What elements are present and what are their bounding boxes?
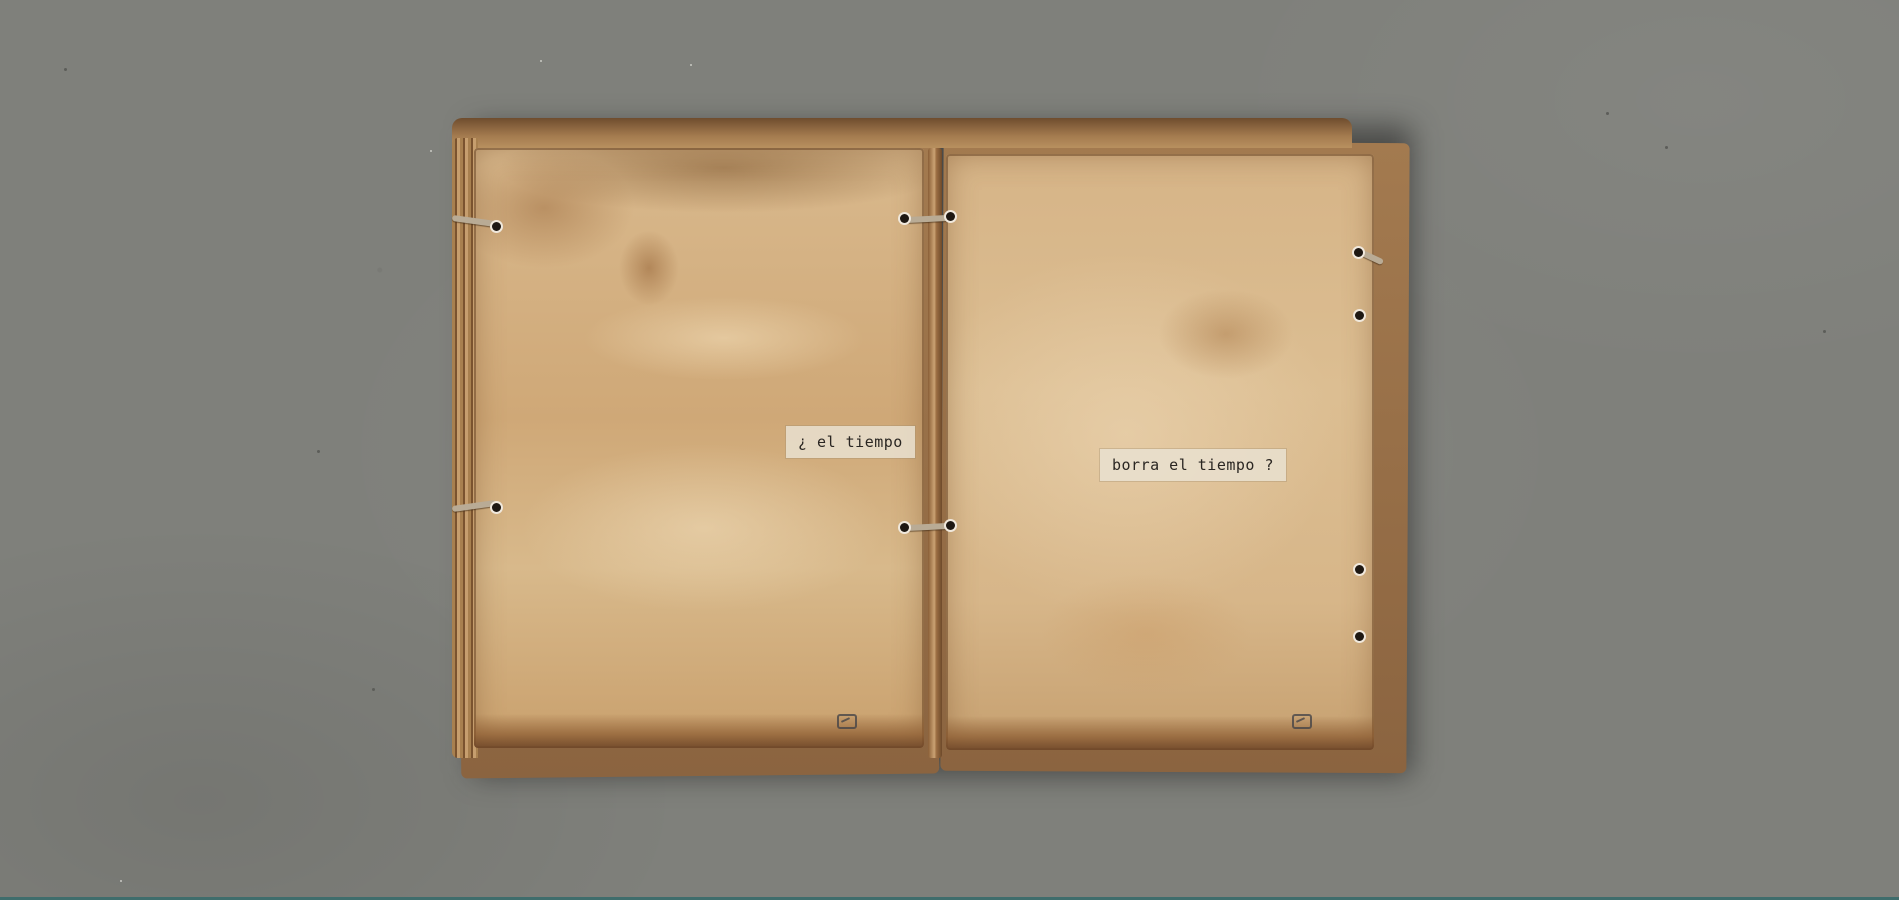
background-speck xyxy=(64,68,67,71)
background-speck xyxy=(120,880,122,882)
maker-stamp-icon xyxy=(837,714,857,729)
maker-stamp-icon xyxy=(1292,714,1312,729)
background-speck xyxy=(1606,112,1609,115)
binding-hole xyxy=(1355,565,1364,574)
typed-label-right: borra el tiempo ? xyxy=(1100,449,1286,481)
background-speck xyxy=(1665,146,1668,149)
binding-hole xyxy=(1355,311,1364,320)
binding-hole xyxy=(946,212,955,221)
background-speck xyxy=(317,450,320,453)
open-book: ¿ el tiempo borra el tiempo ? xyxy=(452,118,1412,778)
binding-hole xyxy=(900,523,909,532)
book-top-edge xyxy=(452,118,1352,148)
book-gutter xyxy=(928,148,942,758)
background-speck xyxy=(372,688,375,691)
typed-label-left: ¿ el tiempo xyxy=(786,426,915,458)
background-speck xyxy=(690,64,692,66)
binding-hole xyxy=(492,503,501,512)
binding-hole xyxy=(1354,248,1363,257)
background-speck xyxy=(430,150,432,152)
background-speck xyxy=(540,60,542,62)
background-speck xyxy=(1823,330,1826,333)
binding-hole xyxy=(492,222,501,231)
binding-hole xyxy=(946,521,955,530)
binding-hole xyxy=(1355,632,1364,641)
binding-hole xyxy=(900,214,909,223)
